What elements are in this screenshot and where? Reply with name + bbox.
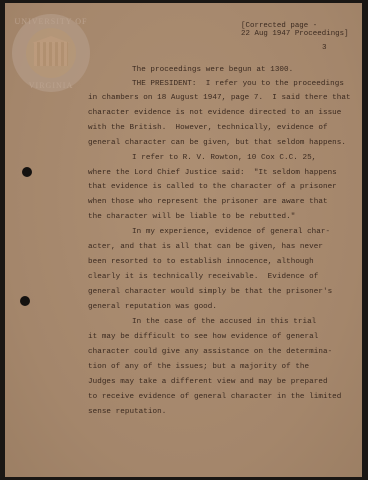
text-line: been resorted to to establish innocence,…	[88, 258, 314, 266]
seal-bottom-text: VIRGINIA	[12, 81, 90, 90]
text-line: where the Lord Chief Justice said: "It s…	[88, 169, 337, 177]
correction-note-line1: [Corrected page -	[241, 22, 317, 30]
text-line: it may be difficult to see how evidence …	[88, 333, 318, 341]
text-line: THE PRESIDENT: I refer you to the procee…	[132, 80, 344, 88]
text-line: tion of any of the issues; but a majorit…	[88, 363, 309, 371]
punch-hole-lower	[20, 296, 30, 306]
correction-note-line2: 22 Aug 1947 Proceedings]	[241, 30, 349, 38]
text-line: with the British. However, technically, …	[88, 124, 328, 132]
text-line: sense reputation.	[88, 408, 166, 416]
text-line: the character will be liable to be rebut…	[88, 213, 295, 221]
text-line: clearly it is technically receivable. Ev…	[88, 273, 318, 281]
punch-hole-upper	[22, 167, 32, 177]
text-line: I refer to R. V. Rowton, 10 Cox C.C. 25,	[132, 154, 316, 162]
text-line: general character can be given, but that…	[88, 139, 346, 147]
rotunda-columns-icon	[34, 42, 68, 66]
text-line: The proceedings were begun at 1300.	[132, 66, 293, 74]
text-line: character evidence is not evidence direc…	[88, 109, 341, 117]
text-line: when those who represent the prisoner ar…	[88, 198, 328, 206]
text-line: in chambers on 18 August 1947, page 7. I…	[88, 94, 351, 102]
text-line: character could give any assistance on t…	[88, 348, 332, 356]
text-line: to receive evidence of general character…	[88, 393, 341, 401]
text-line: that evidence is called to the character…	[88, 183, 337, 191]
page-number: 3	[322, 44, 327, 52]
text-line: Judges may take a different view and may…	[88, 378, 328, 386]
university-seal-watermark: UNIVERSITY OF VIRGINIA	[12, 14, 90, 92]
text-line: acter, and that is all that can be given…	[88, 243, 323, 251]
seal-top-text: UNIVERSITY OF	[12, 17, 90, 26]
text-line: In the case of the accused in this trial	[132, 318, 316, 326]
text-line: In my experience, evidence of general ch…	[132, 228, 330, 236]
text-line: general reputation was good.	[88, 303, 217, 311]
text-line: general character would simply be that t…	[88, 288, 332, 296]
